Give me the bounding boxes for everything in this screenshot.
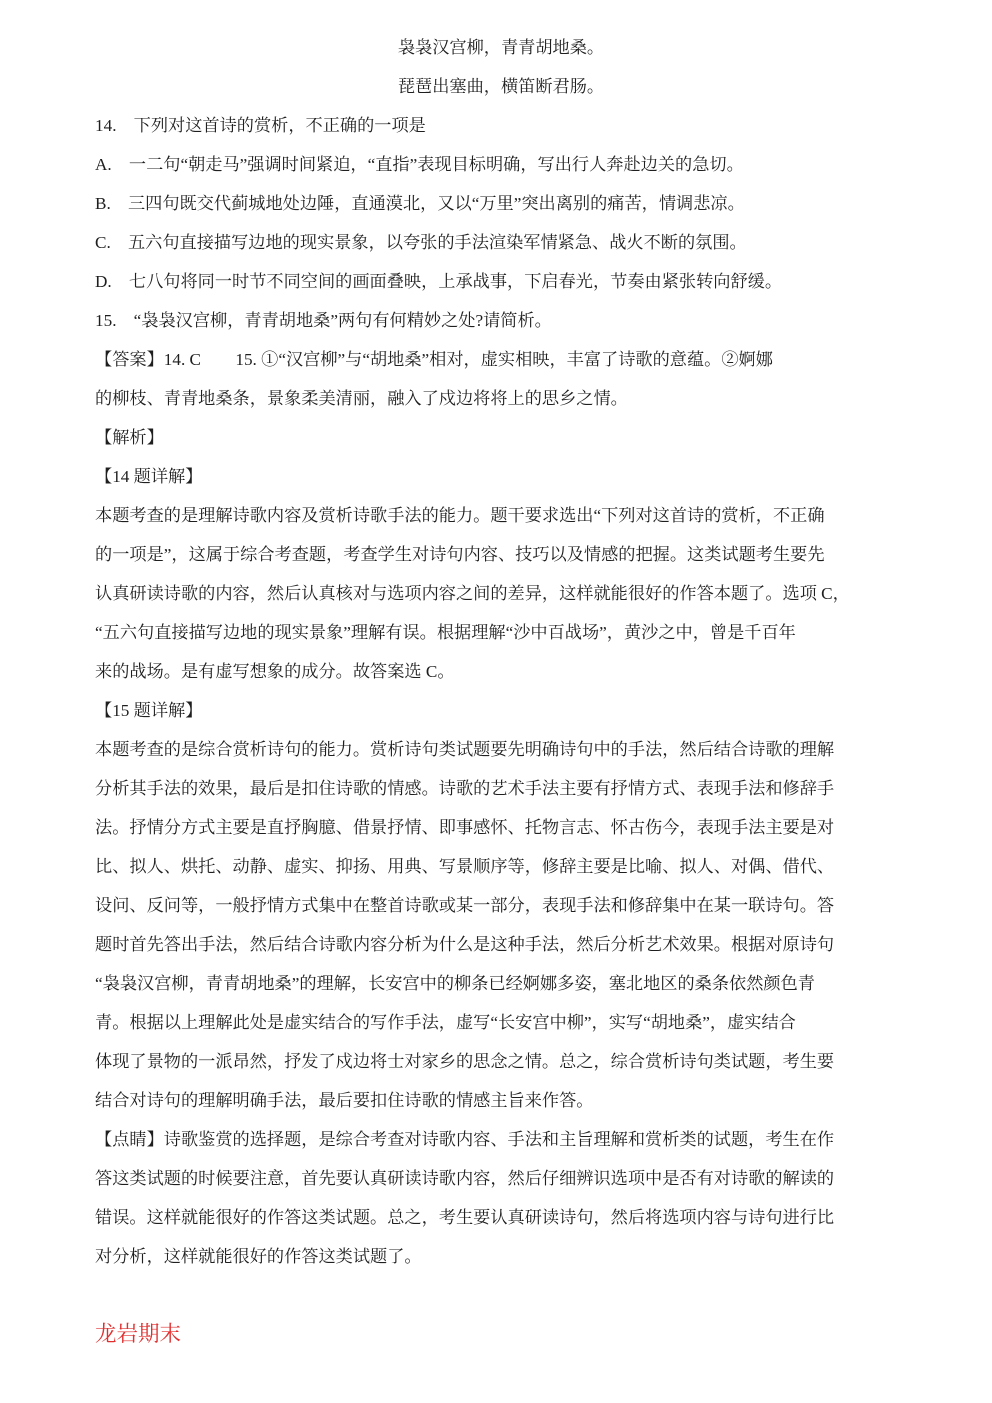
text-line: 设问、反问等，一般抒情方式集中在整首诗歌或某一部分，表现手法和修辞集中在某一联诗… [95,886,907,925]
text-line: 题时首先答出手法，然后结合诗歌内容分析为什么是这种手法，然后分析艺术效果。根据对… [95,925,907,964]
document-content: 袅袅汉宫柳，青青胡地桑。琵琶出塞曲，横笛断君肠。 14. 下列对这首诗的赏析，不… [95,28,907,1354]
footer-source-label: 龙岩期末 [95,1315,907,1354]
text-line: B. 三四句既交代蓟城地处边陲，直通漠北，又以“万里”突出离别的痛苦，情调悲凉。 [95,184,907,223]
blank-spacer [95,1276,907,1315]
answer-block: 【答案】14. C 15. ①“汉宫柳”与“胡地桑”相对，虚实相映，丰富了诗歌的… [95,340,907,418]
question-14-stem: 14. 下列对这首诗的赏析，不正确的一项是 [95,106,907,145]
text-line: 体现了景物的一派昂然，抒发了戍边将士对家乡的思念之情。总之，综合赏析诗句类试题，… [95,1042,907,1081]
detail-14-paragraph: 本题考查的是理解诗歌内容及赏析诗歌手法的能力。题干要求选出“下列对这首诗的赏析，… [95,496,907,691]
detail-14-heading: 【14 题详解】 [95,457,907,496]
text-line: A. 一二句“朝走马”强调时间紧迫，“直指”表现目标明确，写出行人奔赴边关的急切… [95,145,907,184]
text-line: “五六句直接描写边地的现实景象”理解有误。根据理解“沙中百战场”，黄沙之中，曾是… [95,613,907,652]
text-line: D. 七八句将同一时节不同空间的画面叠映，上承战事，下启春光，节奏由紧张转向舒缓… [95,262,907,301]
text-line: 的一项是”，这属于综合考查题，考查学生对诗句内容、技巧以及情感的把握。这类试题考… [95,535,907,574]
text-line: 【答案】14. C 15. ①“汉宫柳”与“胡地桑”相对，虚实相映，丰富了诗歌的… [95,340,907,379]
question-15-stem: 15. “袅袅汉宫柳，青青胡地桑”两句有何精妙之处?请简析。 [95,301,907,340]
text-line: 认真研读诗歌的内容，然后认真核对与选项内容之间的差异，这样就能很好的作答本题了。… [95,574,907,613]
poem-block: 袅袅汉宫柳，青青胡地桑。琵琶出塞曲，横笛断君肠。 [95,28,907,106]
text-line: 本题考查的是理解诗歌内容及赏析诗歌手法的能力。题干要求选出“下列对这首诗的赏析，… [95,496,907,535]
text-line: 青。根据以上理解此处是虚实结合的写作手法，虚写“长安宫中柳”，实写“胡地桑”，虚… [95,1003,907,1042]
question-14-options: A. 一二句“朝走马”强调时间紧迫，“直指”表现目标明确，写出行人奔赴边关的急切… [95,145,907,301]
document-page: 袅袅汉宫柳，青青胡地桑。琵琶出塞曲，横笛断君肠。 14. 下列对这首诗的赏析，不… [0,0,992,1403]
text-line: 本题考查的是综合赏析诗句的能力。赏析诗句类试题要先明确诗句中的手法，然后结合诗歌… [95,730,907,769]
text-line: 琵琶出塞曲，横笛断君肠。 [95,67,907,106]
analysis-label: 【解析】 [95,418,907,457]
text-line: 错误。这样就能很好的作答这类试题。总之，考生要认真研读诗句，然后将选项内容与诗句… [95,1198,907,1237]
text-line: 结合对诗句的理解明确手法，最后要扣住诗歌的情感主旨来作答。 [95,1081,907,1120]
text-line: 来的战场。是有虚写想象的成分。故答案选 C。 [95,652,907,691]
highlight-paragraph: 【点睛】诗歌鉴赏的选择题，是综合考查对诗歌内容、手法和主旨理解和赏析类的试题，考… [95,1120,907,1276]
text-line: 法。抒情分方式主要是直抒胸臆、借景抒情、即事感怀、托物言志、怀古伤今，表现手法主… [95,808,907,847]
text-line: 对分析，这样就能很好的作答这类试题了。 [95,1237,907,1276]
text-line: “袅袅汉宫柳，青青胡地桑”的理解，长安宫中的柳条已经婀娜多姿，塞北地区的桑条依然… [95,964,907,1003]
detail-15-paragraph: 本题考查的是综合赏析诗句的能力。赏析诗句类试题要先明确诗句中的手法，然后结合诗歌… [95,730,907,1120]
text-line: 【点睛】诗歌鉴赏的选择题，是综合考查对诗歌内容、手法和主旨理解和赏析类的试题，考… [95,1120,907,1159]
text-line: 分析其手法的效果，最后是扣住诗歌的情感。诗歌的艺术手法主要有抒情方式、表现手法和… [95,769,907,808]
text-line: 答这类试题的时候要注意，首先要认真研读诗歌内容，然后仔细辨识选项中是否有对诗歌的… [95,1159,907,1198]
detail-15-heading: 【15 题详解】 [95,691,907,730]
text-line: 袅袅汉宫柳，青青胡地桑。 [95,28,907,67]
text-line: 比、拟人、烘托、动静、虚实、抑扬、用典、写景顺序等，修辞主要是比喻、拟人、对偶、… [95,847,907,886]
text-line: 的柳枝、青青地桑条，景象柔美清丽，融入了戍边将将上的思乡之情。 [95,379,907,418]
text-line: C. 五六句直接描写边地的现实景象，以夸张的手法渲染军情紧急、战火不断的氛围。 [95,223,907,262]
